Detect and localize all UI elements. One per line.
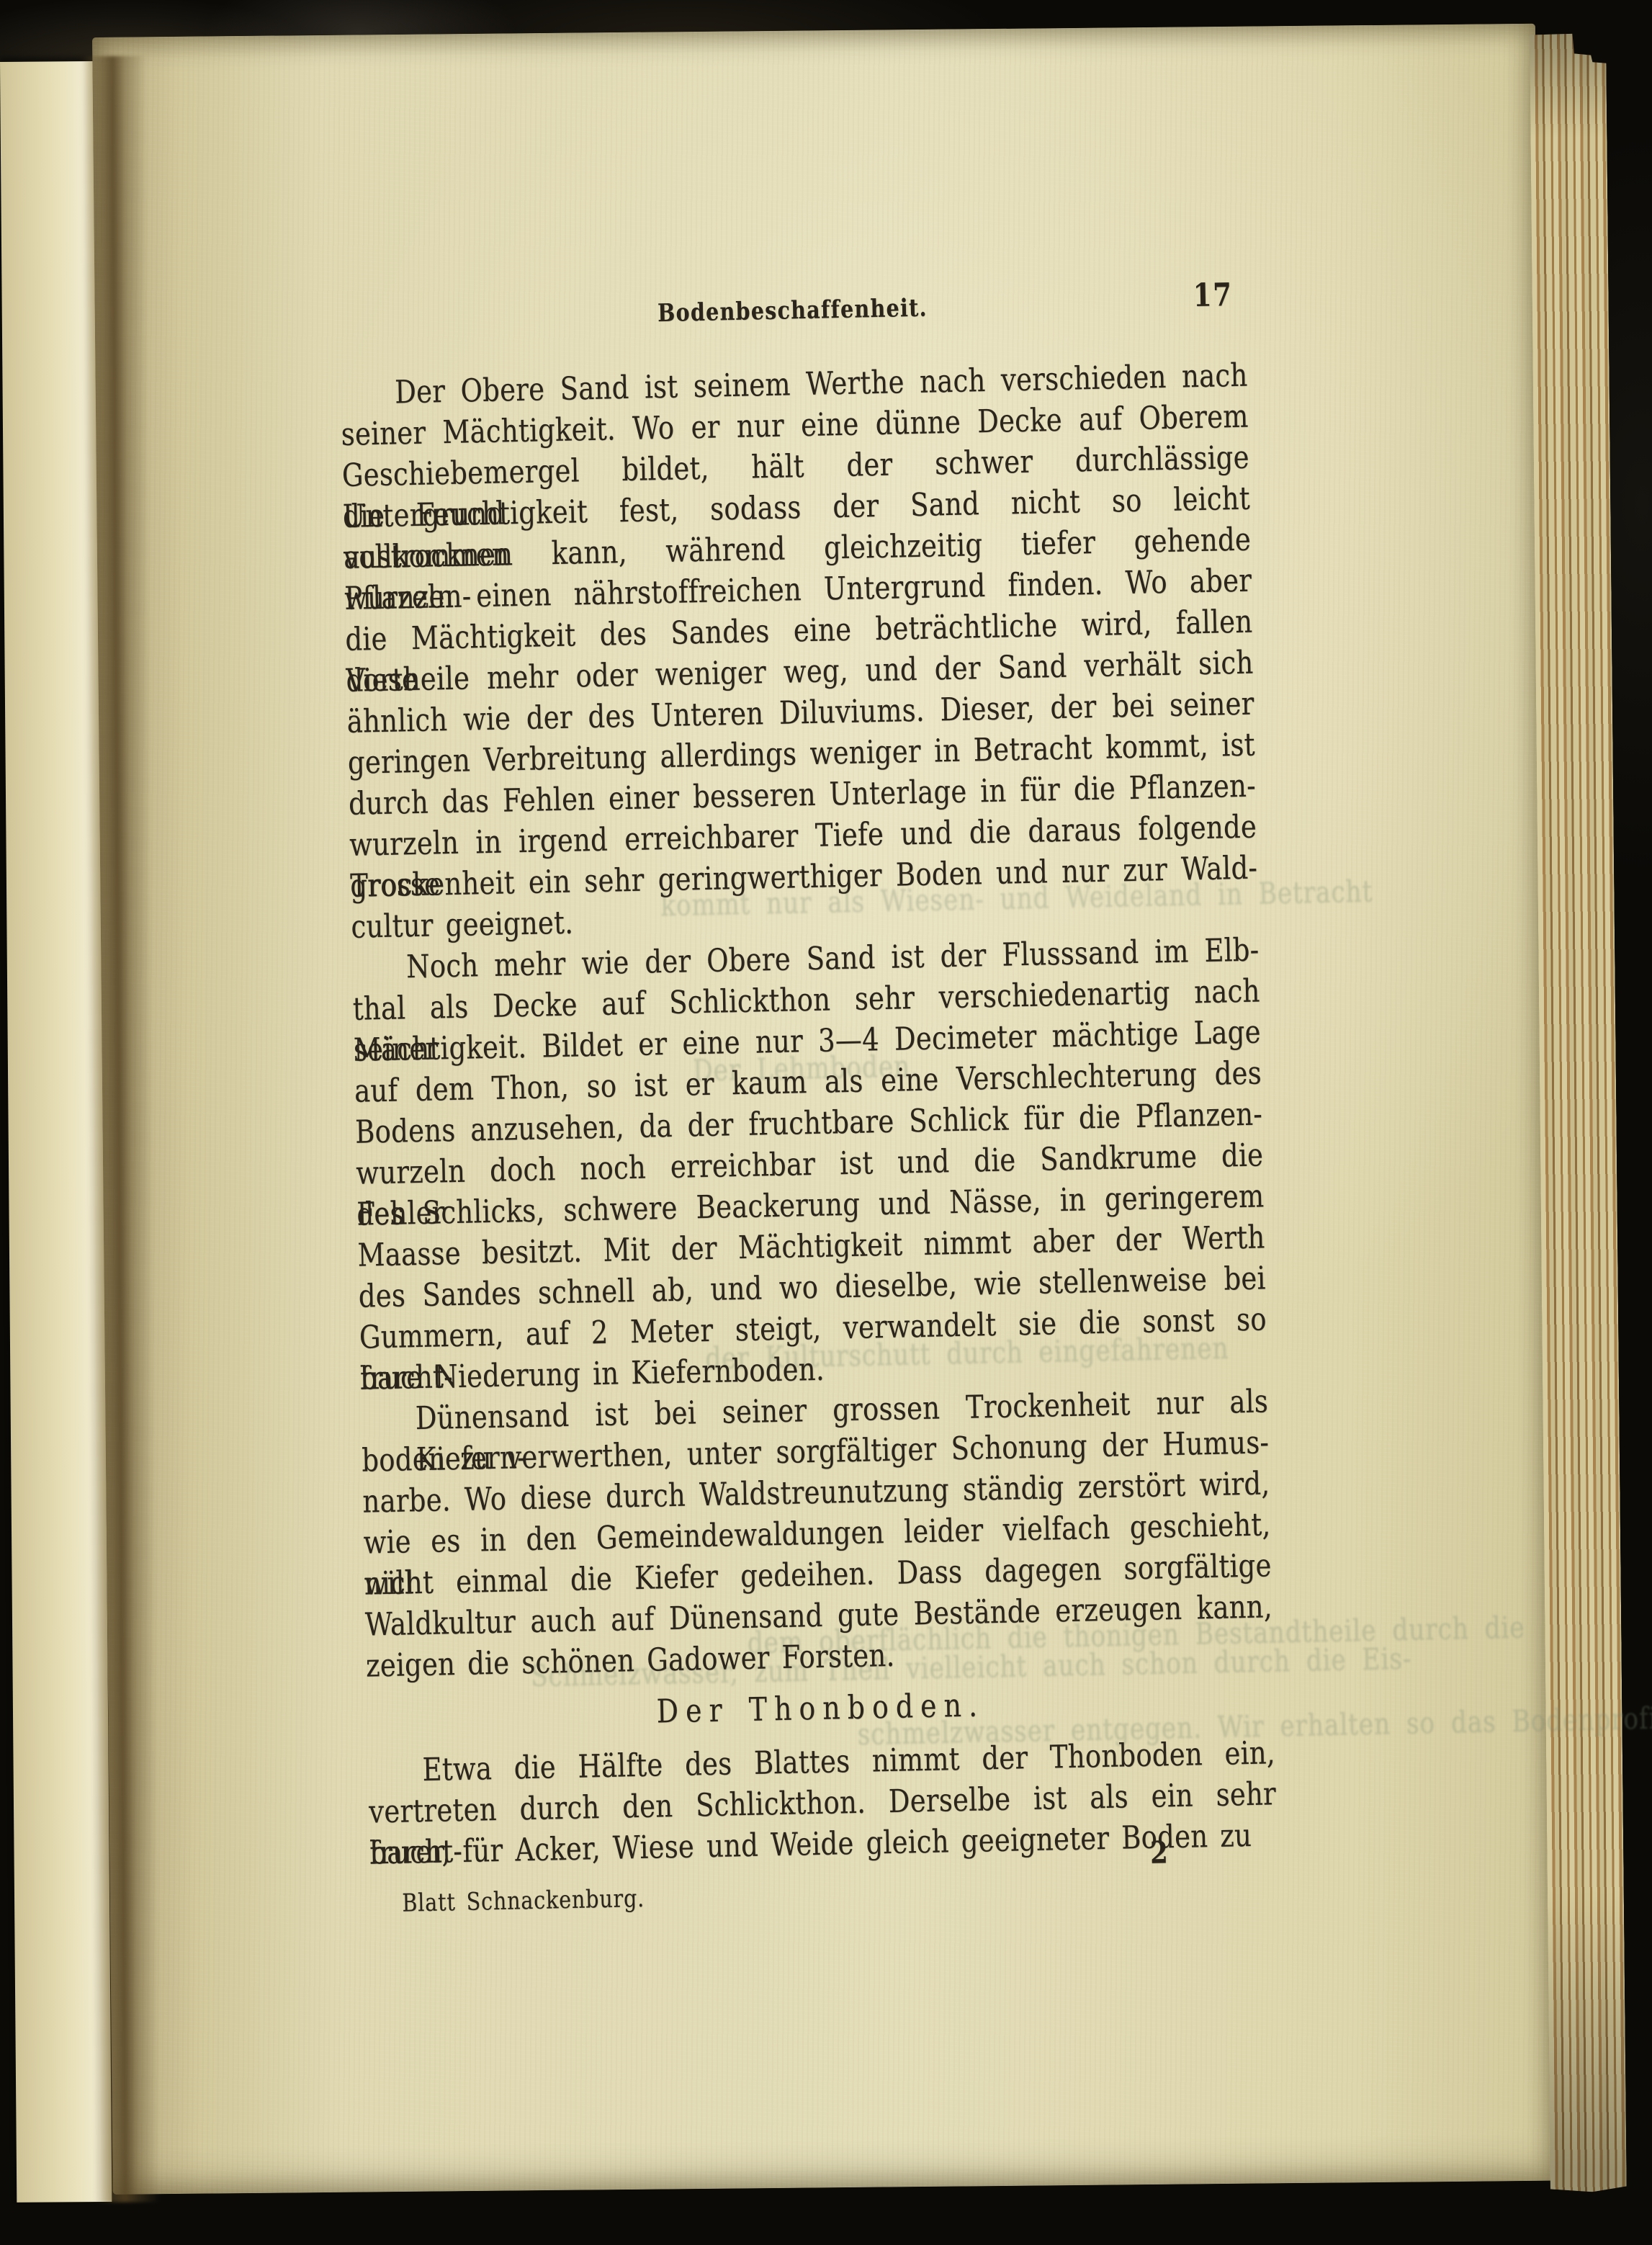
gutter-shadow (81, 55, 160, 2203)
section-body-text: Etwa die Hälfte des Blattes nimmt der Th… (367, 1732, 1277, 1873)
sheet-signature-number: 2 (1150, 1832, 1170, 1873)
page-text: kommt nur als Wiesen- und Weideland in B… (338, 282, 1278, 1925)
body-text: Der Obere Sand ist seinem Werthe nach ve… (340, 355, 1273, 1687)
page-number: 17 (1193, 274, 1233, 316)
section-heading: Der Thonboden. (367, 1678, 1275, 1737)
signature-title: Blatt Schnackenburg. (402, 1884, 645, 1918)
book-scan: kommt nur als Wiesen- und Weideland in B… (0, 0, 1652, 2245)
